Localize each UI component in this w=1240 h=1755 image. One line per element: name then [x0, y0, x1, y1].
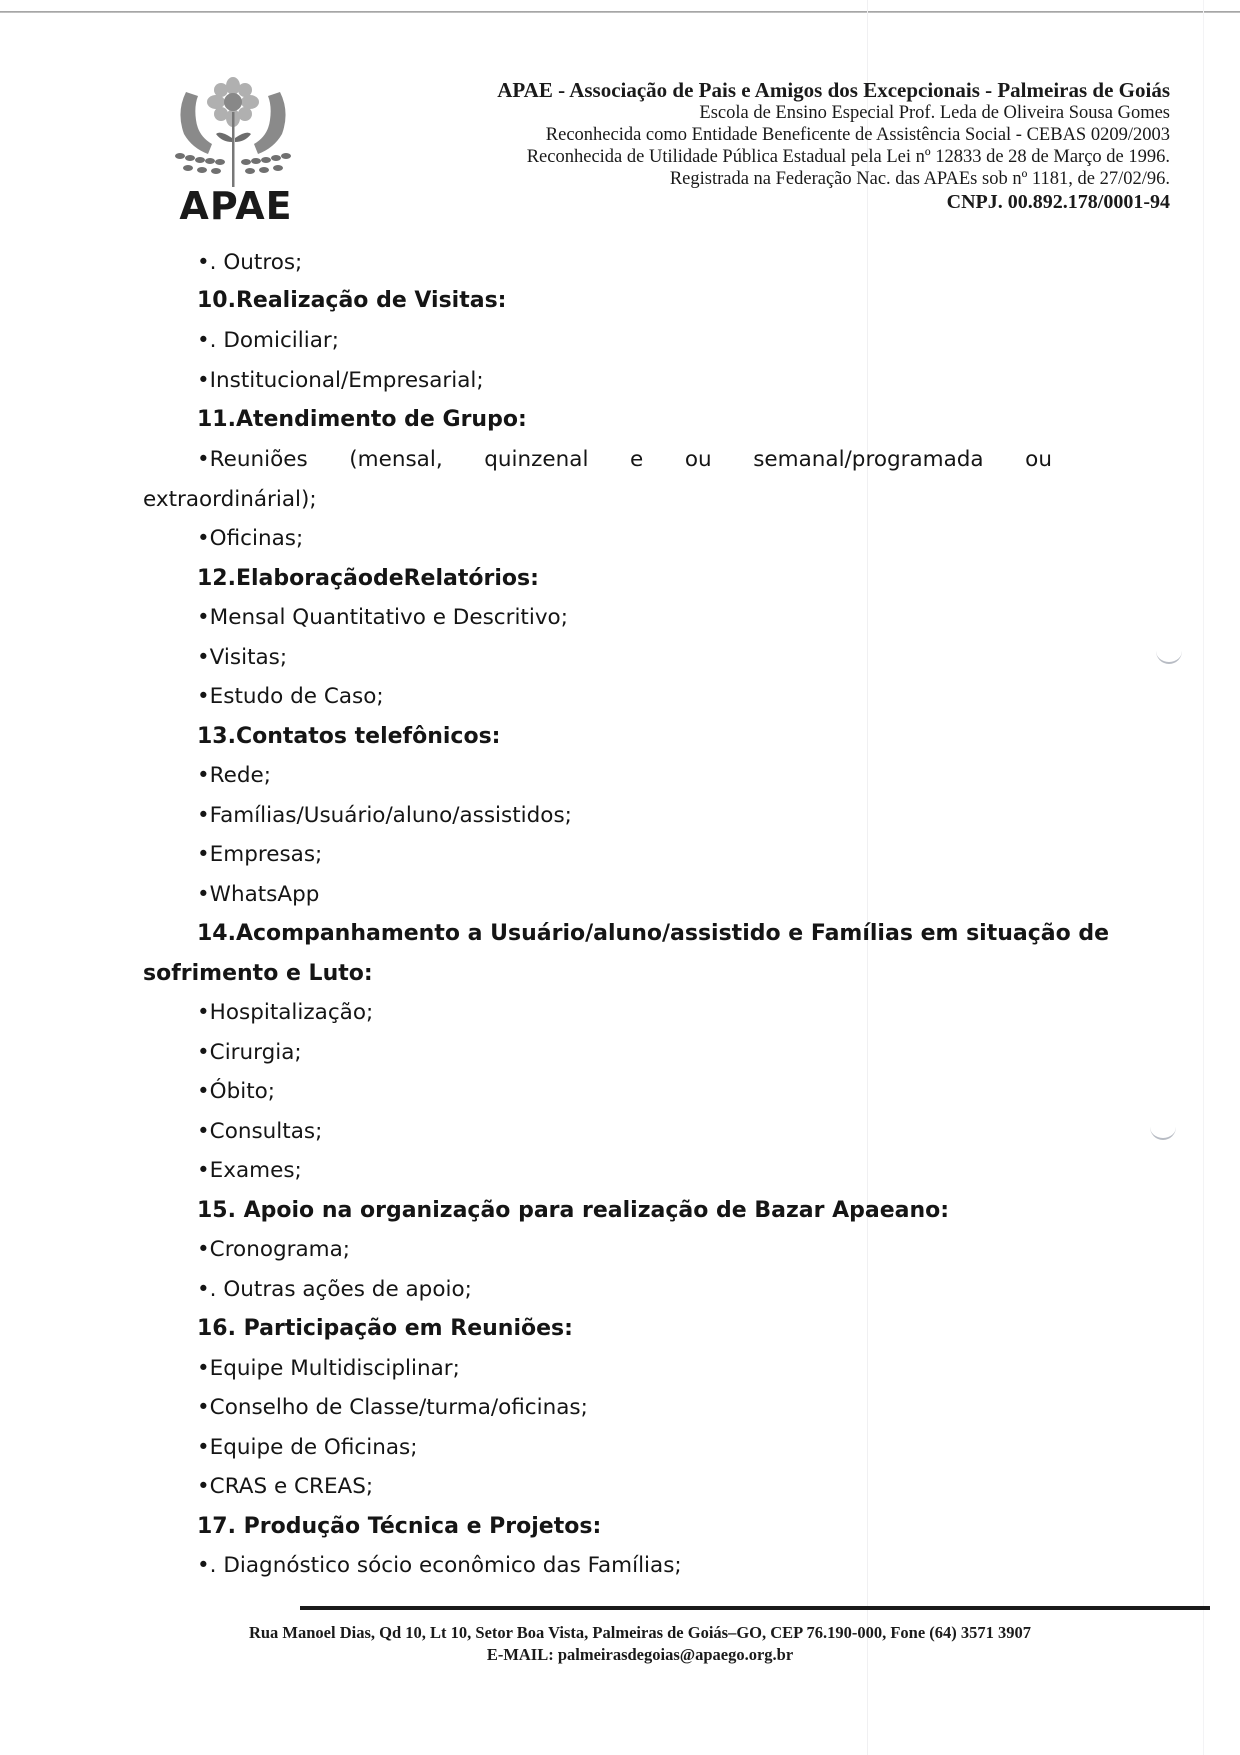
list-item-justified: •Reuniões (mensal, quinzenal e ou semana…	[197, 445, 1052, 475]
word: •Reuniões	[197, 445, 308, 475]
flower-hands-icon	[158, 72, 308, 187]
punch-hole-mark	[1156, 648, 1182, 664]
section-heading-11: 11.Atendimento de Grupo:	[197, 405, 527, 435]
section-heading-16: 16. Participação em Reuniões:	[197, 1314, 573, 1344]
section-heading-13: 13.Contatos telefônicos:	[197, 722, 500, 752]
list-item: •. Outros;	[197, 248, 302, 278]
word: ou	[1025, 445, 1052, 475]
word: semanal/programada	[753, 445, 983, 475]
list-item: •. Diagnóstico sócio econômico das Famíl…	[197, 1551, 682, 1581]
word: quinzenal	[484, 445, 588, 475]
list-item: •Equipe Multidisciplinar;	[197, 1354, 460, 1384]
list-item: •Cronograma;	[197, 1235, 350, 1265]
list-item: •Hospitalização;	[197, 998, 373, 1028]
organization-info: APAE - Associação de Pais e Amigos dos E…	[497, 78, 1170, 214]
organization-name: APAE - Associação de Pais e Amigos dos E…	[497, 78, 1170, 102]
footer-divider	[300, 1606, 1210, 1610]
school-name: Escola de Ensino Especial Prof. Leda de …	[497, 102, 1170, 124]
list-item: •Visitas;	[197, 643, 287, 673]
list-item: •Famílias/Usuário/aluno/assistidos;	[197, 801, 572, 831]
public-utility-law: Reconhecida de Utilidade Pública Estadua…	[497, 146, 1170, 168]
word: (mensal,	[349, 445, 442, 475]
list-item: •CRAS e CREAS;	[197, 1472, 373, 1502]
footer-email: E-MAIL: palmeirasdegoias@apaego.org.br	[150, 1644, 1130, 1666]
list-item: •Conselho de Classe/turma/oficinas;	[197, 1393, 588, 1423]
list-item: •Institucional/Empresarial;	[197, 366, 484, 396]
word: e	[630, 445, 643, 475]
list-item: •Consultas;	[197, 1117, 322, 1147]
list-item: •WhatsApp	[197, 880, 319, 910]
list-item-continuation: extraordinárial);	[143, 485, 317, 515]
cnpj-number: CNPJ. 00.892.178/0001-94	[497, 190, 1170, 214]
cebas-registration: Reconhecida como Entidade Beneficente de…	[497, 124, 1170, 146]
federation-registration: Registrada na Federação Nac. das APAEs s…	[497, 168, 1170, 190]
section-heading-14: 14.Acompanhamento a Usuário/aluno/assist…	[197, 919, 1109, 949]
list-item: •Equipe de Oficinas;	[197, 1433, 417, 1463]
list-item: •Empresas;	[197, 840, 322, 870]
footer-address: Rua Manoel Dias, Qd 10, Lt 10, Setor Boa…	[150, 1622, 1130, 1644]
section-heading-15: 15. Apoio na organização para realização…	[197, 1196, 949, 1226]
list-item: •Exames;	[197, 1156, 302, 1186]
page-fold-shadow	[867, 0, 868, 1755]
word: ou	[685, 445, 712, 475]
list-item: •Cirurgia;	[197, 1038, 302, 1068]
footer: Rua Manoel Dias, Qd 10, Lt 10, Setor Boa…	[150, 1622, 1130, 1666]
scan-edge-line	[0, 11, 1240, 13]
page-fold-shadow-right	[1203, 0, 1204, 1755]
section-heading-10: 10.Realização de Visitas:	[197, 286, 506, 316]
section-heading-17: 17. Produção Técnica e Projetos:	[197, 1512, 601, 1542]
section-heading-12: 12.ElaboraçãodeRelatórios:	[197, 564, 539, 594]
apae-logo: APAE	[158, 72, 308, 228]
letterhead: APAE APAE - Associação de Pais e Amigos …	[150, 72, 1170, 232]
section-heading-14-continuation: sofrimento e Luto:	[143, 959, 373, 989]
punch-hole-mark	[1150, 1124, 1176, 1140]
list-item: •Rede;	[197, 761, 271, 791]
list-item: •Mensal Quantitativo e Descritivo;	[197, 603, 568, 633]
list-item: •. Outras ações de apoio;	[197, 1275, 472, 1305]
list-item: •Óbito;	[197, 1077, 275, 1107]
list-item: •Oficinas;	[197, 524, 303, 554]
logo-wordmark: APAE	[166, 184, 306, 228]
list-item: •. Domiciliar;	[197, 326, 339, 356]
list-item: •Estudo de Caso;	[197, 682, 384, 712]
